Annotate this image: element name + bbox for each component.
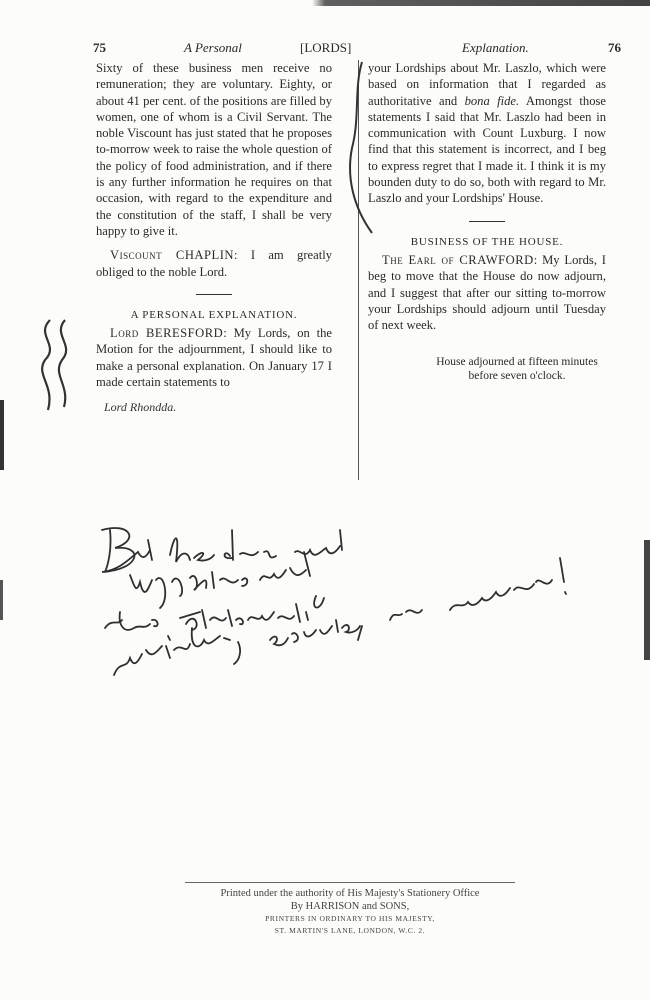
running-head: 75 A Personal [LORDS] Explanation. 76 [0, 40, 650, 60]
beresford-speech: Lord BERESFORD: My Lords, on the Motion … [96, 325, 332, 390]
scan-edge-left-lower [0, 580, 3, 620]
imprint-line-3: PRINTERS IN ORDINARY TO HIS MAJESTY, [185, 913, 515, 925]
text-run: Amongst those statements I said that Mr.… [368, 94, 606, 206]
handwritten-bracket-mark [30, 315, 90, 415]
handwritten-column-bracket [340, 58, 380, 238]
left-paragraph-1: Sixty of these business men receive no r… [96, 60, 332, 239]
speaker-name: Viscount CHAPLIN [110, 248, 234, 262]
right-page-number: 76 [608, 40, 621, 56]
margin-note: Lord Rhondda. [104, 400, 176, 415]
left-page-number: 75 [93, 40, 106, 56]
handwriting-strokes [90, 500, 650, 680]
speaker-name: The Earl of CRAWFORD [382, 253, 534, 267]
handwritten-annotation: But he does not apologise about the stat… [90, 500, 650, 680]
right-paragraph-1: your Lordships about Mr. Laszlo, which w… [368, 60, 606, 207]
house-label: [LORDS] [300, 40, 351, 56]
left-running-title: A Personal [184, 40, 242, 56]
scan-edge-left [0, 400, 4, 470]
crawford-speech: The Earl of CRAWFORD: My Lords, I beg to… [368, 252, 606, 333]
speaker-name: Lord BERESFORD [110, 326, 223, 340]
imprint-line-2: By HARRISON and SONS, [185, 900, 515, 913]
right-running-title: Explanation. [462, 40, 529, 56]
italic-phrase: bona fide. [465, 94, 520, 108]
footer-rule [185, 882, 515, 883]
printer-imprint: Printed under the authority of His Majes… [185, 882, 515, 937]
section-rule [196, 294, 232, 295]
chaplin-speech: Viscount CHAPLIN: I am greatly obliged t… [96, 247, 332, 280]
left-column: Sixty of these business men receive no r… [96, 60, 332, 390]
section-heading-business: BUSINESS OF THE HOUSE. [368, 234, 606, 250]
imprint-line-4: ST. MARTIN'S LANE, LONDON, W.C. 2. [185, 925, 515, 937]
section-rule [469, 221, 505, 222]
adjournment-note: House adjourned at fifteen minutesbefore… [428, 355, 606, 383]
adjournment-line-2: before seven o'clock. [469, 370, 566, 382]
imprint-line-1: Printed under the authority of His Majes… [185, 887, 515, 900]
scan-edge-top [0, 0, 650, 6]
right-column: your Lordships about Mr. Laszlo, which w… [368, 60, 606, 383]
section-heading-personal-explanation: A PERSONAL EXPLANATION. [96, 307, 332, 323]
adjournment-line-1: House adjourned at fifteen minutes [436, 356, 598, 368]
